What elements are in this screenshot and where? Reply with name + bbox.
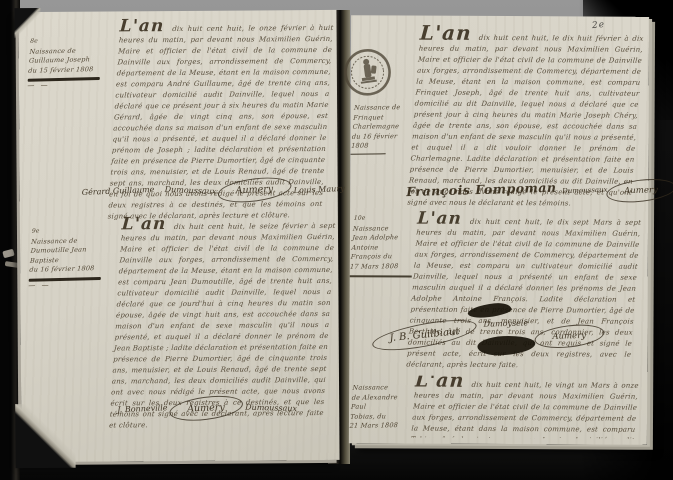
margin-dashes: — — <box>27 80 112 92</box>
act-initial: L'an <box>419 21 476 45</box>
margin-note-line: de Alexandre Paul <box>351 393 411 413</box>
signature: Louis Maury <box>293 184 344 195</box>
margin-dashes: — — <box>28 279 113 291</box>
margin-note-line: du 16 février 1808 <box>29 264 114 276</box>
margin-note-line: Frinquet Charlemagne <box>352 113 412 133</box>
torn-paper-scrap <box>5 261 20 268</box>
left-page: 8e Naissance de Guillaume Joseph du 15 f… <box>18 10 339 462</box>
signature-flourish: Aumery <box>177 400 235 417</box>
birth-act-text: L'an dix huit cent huit, le dix huit fév… <box>409 28 644 181</box>
margin-note-line: du 15 février 1808 <box>28 64 113 76</box>
margin-note-birth-jean-baptiste: 9e Naissance de Dumoutille Jean Baptiste… <box>28 225 116 291</box>
signature: Dumoussaux <box>562 185 608 194</box>
margin-note-birth-jean-adolphe: 10e Naissance Jean Adolphe Antoine Franç… <box>350 213 412 272</box>
seal-icon <box>339 44 396 104</box>
birth-act-text: L'an dix huit cent huit, le dix sept Mar… <box>410 214 642 319</box>
birth-act-text: L'an dix huit cent huit, le seize févrie… <box>111 218 336 396</box>
signatures-act-2: J. Bonneville Aumery Dumoussaux <box>117 400 333 417</box>
act-number: 10e <box>353 213 412 223</box>
signature: J. Bonneville <box>117 403 168 414</box>
act-initial: L'an <box>414 376 469 392</box>
birth-act-text: L'an dix huit cent huit, le vingt un Mar… <box>411 376 640 439</box>
birth-act-text: L'an dix huit cent huit, le onze février… <box>110 20 334 180</box>
margin-note-birth-tobias: Naissance de Alexandre Paul Tobias, du 2… <box>349 383 411 431</box>
torn-paper-scrap <box>2 249 14 259</box>
signature-flourish: Aumery <box>614 182 668 198</box>
margin-note-line: du 16 février 1808 <box>351 132 411 152</box>
right-page: 2e Naissance de Frinquet Charlemagne du … <box>349 15 649 445</box>
margin-note-line: Dumoutille Jean Baptiste <box>30 245 115 266</box>
register-scan: 8e Naissance de Guillaume Joseph du 15 f… <box>0 0 673 480</box>
margin-note-birth-guillaume: 8e Naissance de Guillaume Joseph du 15 f… <box>27 35 115 92</box>
act-initial: L'an <box>119 16 169 36</box>
signatures-act-1: François Fompoman Dumoussaux Aumery Loui… <box>406 182 644 198</box>
signature-flourish: Aumery <box>542 328 596 344</box>
act-initial: L'an <box>417 209 467 229</box>
margin-rule <box>351 153 386 154</box>
signature-flourish: Aumery <box>226 181 284 198</box>
signature: Dumoussaux <box>164 185 216 196</box>
margin-note-line: Jean Adolphe Antoine <box>351 233 411 253</box>
signature: Dumoysele <box>484 318 529 328</box>
act-initial: L'an <box>121 214 171 234</box>
signatures-act-1: Gérard Guillaume Dumoussaux Aumery Louis… <box>82 182 334 199</box>
signature: Gérard Guillaume <box>82 185 155 197</box>
margin-note-birth-charlemagne: Naissance de Frinquet Charlemagne du 16 … <box>351 103 413 154</box>
signature: Dumoussaux <box>245 403 297 413</box>
margin-rule-long <box>350 275 412 277</box>
margin-note-line: 21 Mars 1808 <box>349 421 408 431</box>
signature-large: François Fompoman <box>406 180 557 199</box>
margin-note-line: 17 Mars 1808 <box>350 262 409 272</box>
